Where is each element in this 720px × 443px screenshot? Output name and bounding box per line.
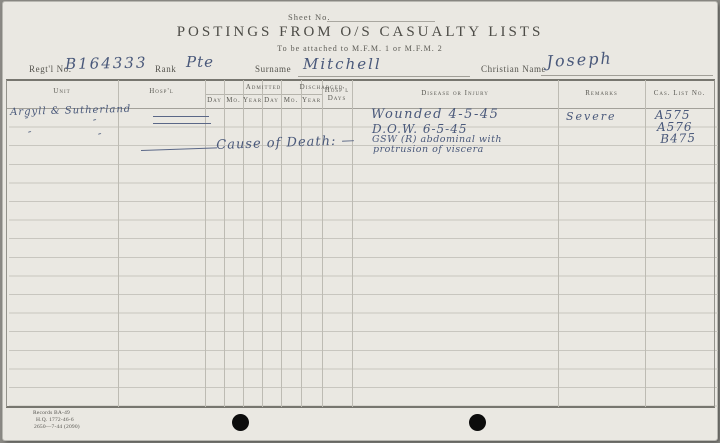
col-divider-unit	[118, 80, 119, 407]
col-divider-adm-day	[224, 80, 225, 407]
col-divider-adm-mo	[243, 80, 244, 407]
entry-disease-line1: Wounded 4-5-45	[371, 107, 499, 122]
entry-cas-list-no: B475	[660, 131, 696, 146]
col-header-discharged-day: Day	[262, 96, 281, 104]
col-divider-adm-year	[262, 80, 263, 407]
col-header-cas-list-no: Cas. List No.	[645, 89, 714, 97]
entry-hospital-dash-line	[153, 116, 209, 117]
col-divider-remarks	[645, 80, 646, 407]
admitted-discharged-divider	[205, 94, 322, 95]
table-row-lines	[9, 109, 718, 407]
regtl-no-value: B164333	[65, 54, 148, 73]
entry-unit-ditto: ″	[98, 133, 101, 143]
christian-name-underline	[541, 75, 713, 76]
form-paper: Sheet No. POSTINGS FROM O/S CASUALTY LIS…	[3, 2, 717, 440]
entry-unit-ditto: ″	[28, 131, 31, 141]
col-divider-dis-day	[281, 80, 282, 407]
col-header-remarks: Remarks	[558, 89, 645, 97]
form-title: POSTINGS FROM O/S CASUALTY LISTS	[3, 24, 717, 41]
entry-disease-line4: protrusion of viscera	[373, 144, 484, 155]
col-header-hospital: Hosp'l	[118, 87, 205, 95]
table-left-border	[6, 80, 7, 407]
table-right-border	[714, 80, 715, 407]
christian-name-label: Christian Name	[481, 64, 546, 74]
col-divider-hosp-days	[352, 80, 353, 407]
col-header-admitted-year: Year	[243, 96, 262, 104]
surname-underline	[298, 76, 470, 77]
col-header-hospital-days: Hosp'l Days	[322, 86, 352, 102]
surname-label: Surname	[255, 64, 291, 74]
table-top-rule	[6, 79, 715, 81]
entry-hospital-dash-line	[153, 123, 211, 124]
col-header-discharged-year: Year	[301, 96, 322, 104]
christian-name-value: Joseph	[546, 49, 613, 71]
sheet-no-label: Sheet No.	[288, 12, 331, 22]
form-code-line: Records BA-49	[33, 410, 70, 417]
col-header-unit: Unit	[6, 87, 118, 95]
punch-hole	[469, 414, 486, 431]
table-bottom-rule	[6, 406, 715, 408]
surname-value: Mitchell	[303, 55, 382, 73]
col-header-admitted-day: Day	[205, 96, 224, 104]
col-header-disease: Disease or Injury	[352, 89, 558, 97]
rank-value: Pte	[186, 53, 214, 71]
col-divider-dis-year	[322, 80, 323, 407]
rank-label: Rank	[155, 64, 176, 74]
col-divider-hospital	[205, 80, 206, 407]
col-divider-dis-mo	[301, 80, 302, 407]
entry-remarks: Severe	[566, 110, 617, 123]
col-header-admitted-mo: Mo.	[224, 96, 243, 104]
form-code-line: H.Q. 1772-46-6	[36, 417, 74, 424]
sheet-no-blank-line	[327, 21, 435, 22]
form-code-line: 2650—7-44 (2090)	[34, 424, 80, 431]
entry-unit-ditto: ″	[93, 119, 96, 129]
col-divider-disease	[558, 80, 559, 407]
punch-hole	[232, 414, 249, 431]
entry-unit-ditto: ″	[25, 117, 28, 127]
col-header-discharged-mo: Mo.	[281, 96, 301, 104]
